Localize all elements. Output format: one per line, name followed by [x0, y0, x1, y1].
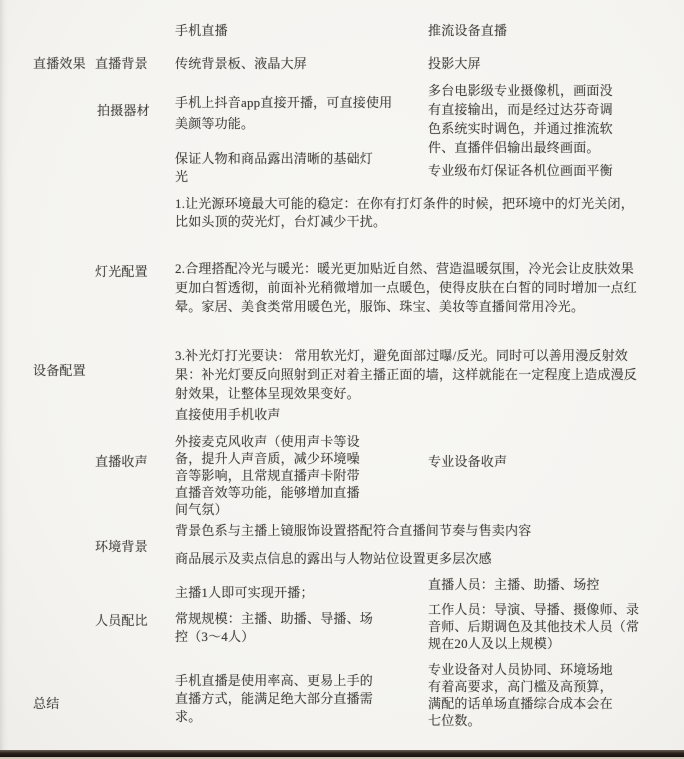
cell-background-equipment: 投影大屏: [428, 54, 638, 73]
cell-environment-line1: 背景色系与主播上镜服饰设置搭配符合直播间节奏与售卖内容: [175, 521, 653, 540]
cell-lighting-tip2: 2.合理搭配冷光与暖光：暖光更加贴近自然、营造温暖氛围，冷光会让皮肤效果更加白皙…: [175, 259, 645, 316]
row-label-audio: 直播收声: [95, 452, 148, 471]
cell-summary-equipment: 专业设备对人员协同、环境场地有着高要求，高门槛及高预算，满配的话单场直播综合成本…: [428, 661, 620, 729]
row-label-lighting: 灯光配置: [95, 262, 148, 281]
row-label-background: 直播背景: [95, 54, 148, 73]
cell-staffing-mobile-1: 主播1人即可实现开播；: [175, 583, 415, 602]
comparison-table: 手机直播 推流设备直播 直播效果 直播背景 传统背景板、液晶大屏 投影大屏 拍摄…: [0, 0, 684, 759]
cell-background-mobile: 传统背景板、液晶大屏: [175, 54, 415, 73]
row-label-staffing: 人员配比: [95, 611, 148, 630]
cell-audio-mobile-direct: 直接使用手机收声: [175, 405, 475, 424]
cell-lighting-tip3: 3.补光灯打光要诀： 常用软光灯，避免面部过曝/反光。同时可以善用漫反射效果：补…: [175, 346, 645, 403]
cell-summary-mobile: 手机直播是使用率高、更易上手的直播方式，能满足绝大部分直播需求。: [175, 672, 377, 726]
cell-staffing-equipment-2: 工作人员：导演、导播、摄像师、录音师、后期调色及其他技术人员（常规在20人及以上…: [428, 601, 640, 652]
cell-light-mobile: 保证人物和商品露出清晰的基础灯光: [175, 150, 377, 186]
cell-light-equipment: 专业级布灯保证各机位画面平衡: [428, 161, 643, 180]
cell-gear-equipment: 多台电影级专业摄像机，画面没有直接输出，而是经过达芬奇调色系统实时调色，并通过推…: [428, 81, 620, 157]
column-header-mobile: 手机直播: [175, 21, 228, 40]
cell-staffing-equipment-1: 直播人员：主播、助播、场控: [428, 575, 658, 594]
column-header-equipment: 推流设备直播: [428, 21, 507, 40]
cell-gear-mobile: 手机上抖音app直接开播，可直接使用美颜等功能。: [175, 92, 397, 134]
category-label-equipment-config: 设备配置: [33, 361, 86, 380]
cell-environment-line2: 商品展示及卖点信息的露出与人物站位设置更多层次感: [175, 549, 653, 568]
cell-staffing-mobile-2: 常规规模：主播、助播、导播、场控（3～4人）: [175, 610, 377, 646]
row-label-environment: 环境背景: [95, 537, 148, 556]
category-label-summary: 总结: [33, 694, 59, 713]
row-label-gear: 拍摄器材: [97, 101, 150, 120]
cell-lighting-tip1: 1.让光源环境最大可能的稳定：在你有打灯条件的时候，把环境中的灯光关闭，比如头顶…: [175, 195, 645, 231]
category-label-effect: 直播效果: [33, 54, 86, 73]
cell-audio-equipment: 专业设备收声: [428, 452, 628, 471]
cell-audio-mobile: 外接麦克风收声（使用声卡等设备，提升人声音质，减少环境噪音等影响，且常规直播声卡…: [175, 433, 365, 518]
document-screenshot: 手机直播 推流设备直播 直播效果 直播背景 传统背景板、液晶大屏 投影大屏 拍摄…: [0, 0, 684, 759]
bottom-letterbox-bar: [0, 750, 684, 757]
